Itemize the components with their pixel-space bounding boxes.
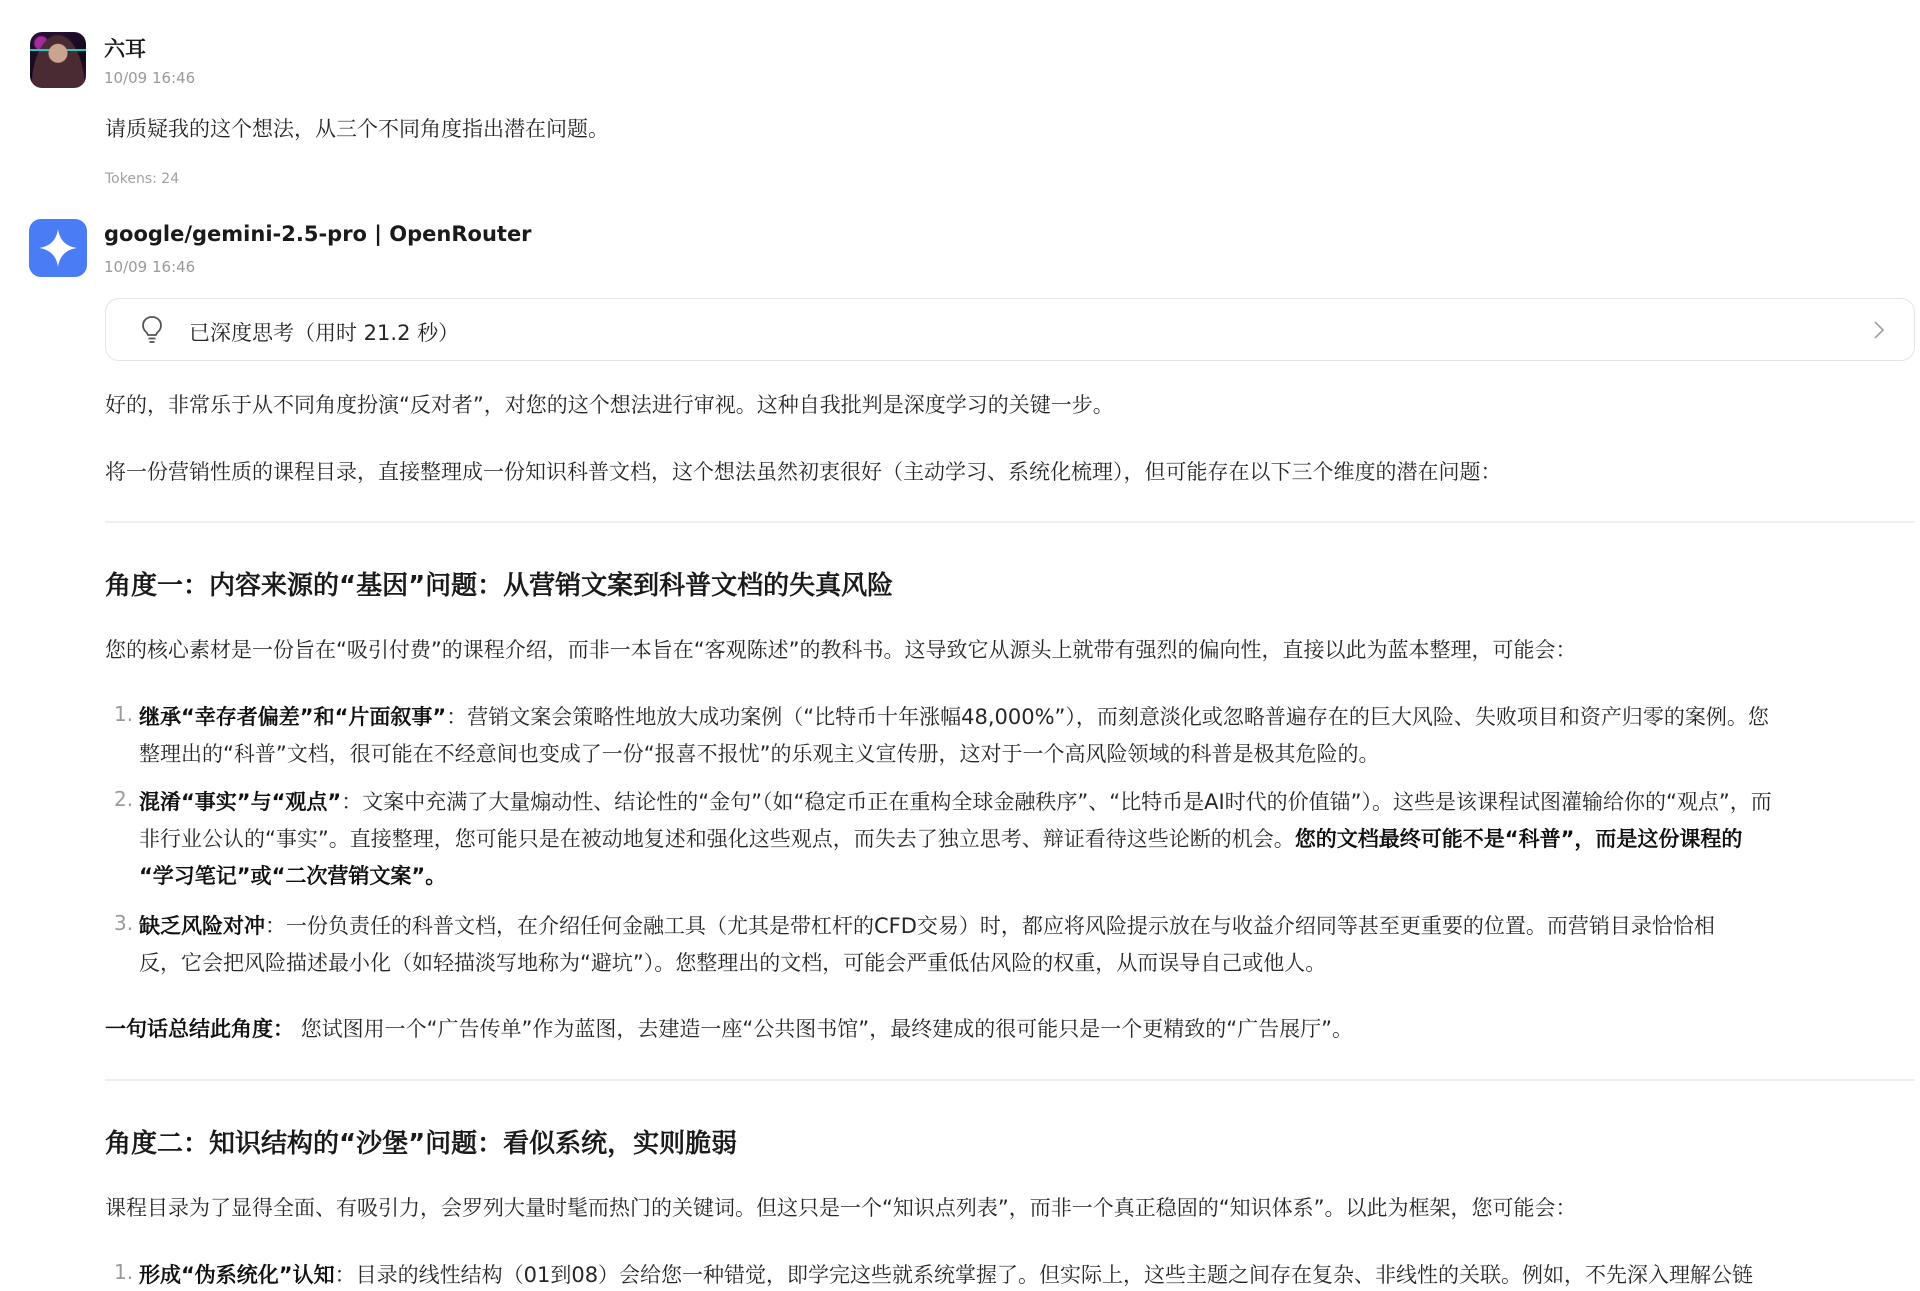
list-item-2-line-2: 非行业公认的“事实”。直接整理，您可能只是在被动地复述和强化这些观点，而失去了独… bbox=[139, 823, 1742, 853]
summary-label: 一句话总结此角度： bbox=[105, 1017, 294, 1041]
list-item-2-line-1: 混淆“事实”与“观点”：文案中充满了大量煽动性、结论性的“金句”（如“稳定币正在… bbox=[139, 786, 1772, 816]
token-count: Tokens: 24 bbox=[105, 171, 179, 187]
section-2-heading: 角度二：知识结构的“沙堡”问题：看似系统，实则脆弱 bbox=[105, 1123, 737, 1160]
list-number: 1. bbox=[114, 702, 133, 726]
user-name: 六耳 bbox=[104, 33, 146, 63]
list-item-1-line-2: 整理出的“科普”文档，很可能在不经意间也变成了一份“报喜不报忧”的乐观主义宣传册… bbox=[139, 738, 1380, 768]
list-item-3-line-2: 反，它会把风险描述最小化（如轻描淡写地称为“避坑”）。您整理出的文档，可能会严重… bbox=[139, 947, 1326, 977]
section-divider bbox=[105, 1079, 1915, 1081]
user-message-time: 10/09 16:46 bbox=[104, 69, 195, 87]
list-item-2-line-3: “学习笔记”或“二次营销文案”。 bbox=[139, 860, 446, 890]
list-item-1-line-1: 形成“伪系统化”认知：目录的线性结构（01到08）会给您一种错觉，即学完这些就系… bbox=[139, 1259, 1753, 1289]
list-item-3-line-1: 缺乏风险对冲：一份负责任的科普文档，在介绍任何金融工具（尤其是带杠杆的CFD交易… bbox=[139, 910, 1715, 940]
lightbulb-icon bbox=[140, 315, 164, 345]
list-item-1-text: ：目录的线性结构（01到08）会给您一种错觉，即学完这些就系统掌握了。但实际上，… bbox=[335, 1263, 1753, 1287]
thinking-label: 已深度思考（用时 21.2 秒） bbox=[189, 317, 459, 347]
list-item-1-text: ：营销文案会策略性地放大成功案例（“比特币十年涨幅48,000%”），而刻意淡化… bbox=[446, 705, 1769, 729]
user-avatar[interactable] bbox=[30, 32, 86, 88]
section-1-summary: 一句话总结此角度： 您试图用一个“广告传单”作为蓝图，去建造一座“公共图书馆”，… bbox=[105, 1013, 1353, 1043]
list-number: 2. bbox=[114, 787, 133, 811]
list-number: 3. bbox=[114, 911, 133, 935]
list-item-1-title: 形成“伪系统化”认知 bbox=[139, 1263, 335, 1287]
section-divider bbox=[105, 521, 1915, 523]
thinking-toggle[interactable]: 已深度思考（用时 21.2 秒） bbox=[105, 298, 1915, 361]
summary-text: 您试图用一个“广告传单”作为蓝图，去建造一座“公共图书馆”，最终建成的很可能只是… bbox=[294, 1017, 1353, 1041]
assistant-message-time: 10/09 16:46 bbox=[104, 258, 195, 276]
gemini-star-icon bbox=[36, 226, 80, 270]
list-item-2-bold-tail: 您的文档最终可能不是“科普”，而是这份课程的 bbox=[1295, 827, 1743, 851]
intro-paragraph-2: 将一份营销性质的课程目录，直接整理成一份知识科普文档，这个想法虽然初衷很好（主动… bbox=[105, 456, 1502, 486]
intro-paragraph-1: 好的，非常乐于从不同角度扮演“反对者”，对您的这个想法进行审视。这种自我批判是深… bbox=[105, 389, 1114, 419]
list-item-2-title: 混淆“事实”与“观点” bbox=[139, 790, 341, 814]
list-item-2-text-2: 非行业公认的“事实”。直接整理，您可能只是在被动地复述和强化这些观点，而失去了独… bbox=[139, 827, 1295, 851]
assistant-avatar[interactable] bbox=[29, 219, 87, 277]
user-message-text: 请质疑我的这个想法，从三个不同角度指出潜在问题。 bbox=[105, 113, 609, 143]
list-item-1-title: 继承“幸存者偏差”和“片面叙事” bbox=[139, 705, 446, 729]
list-item-3-title: 缺乏风险对冲 bbox=[139, 914, 265, 938]
assistant-model-name: google/gemini-2.5-pro | OpenRouter bbox=[104, 222, 532, 246]
section-2-lead: 课程目录为了显得全面、有吸引力，会罗列大量时髦而热门的关键词。但这只是一个“知识… bbox=[105, 1192, 1577, 1222]
list-item-3-text: ：一份负责任的科普文档，在介绍任何金融工具（尤其是带杠杆的CFD交易）时，都应将… bbox=[265, 914, 1715, 938]
list-item-1-line-1: 继承“幸存者偏差”和“片面叙事”：营销文案会策略性地放大成功案例（“比特币十年涨… bbox=[139, 701, 1769, 731]
section-1-lead: 您的核心素材是一份旨在“吸引付费”的课程介绍，而非一本旨在“客观陈述”的教科书。… bbox=[105, 634, 1577, 664]
chevron-right-icon bbox=[1872, 319, 1886, 341]
list-number: 1. bbox=[114, 1260, 133, 1284]
list-item-2-text: ：文案中充满了大量煽动性、结论性的“金句”（如“稳定币正在重构全球金融秩序”、“… bbox=[341, 790, 1772, 814]
section-1-heading: 角度一：内容来源的“基因”问题：从营销文案到科普文档的失真风险 bbox=[105, 565, 893, 602]
